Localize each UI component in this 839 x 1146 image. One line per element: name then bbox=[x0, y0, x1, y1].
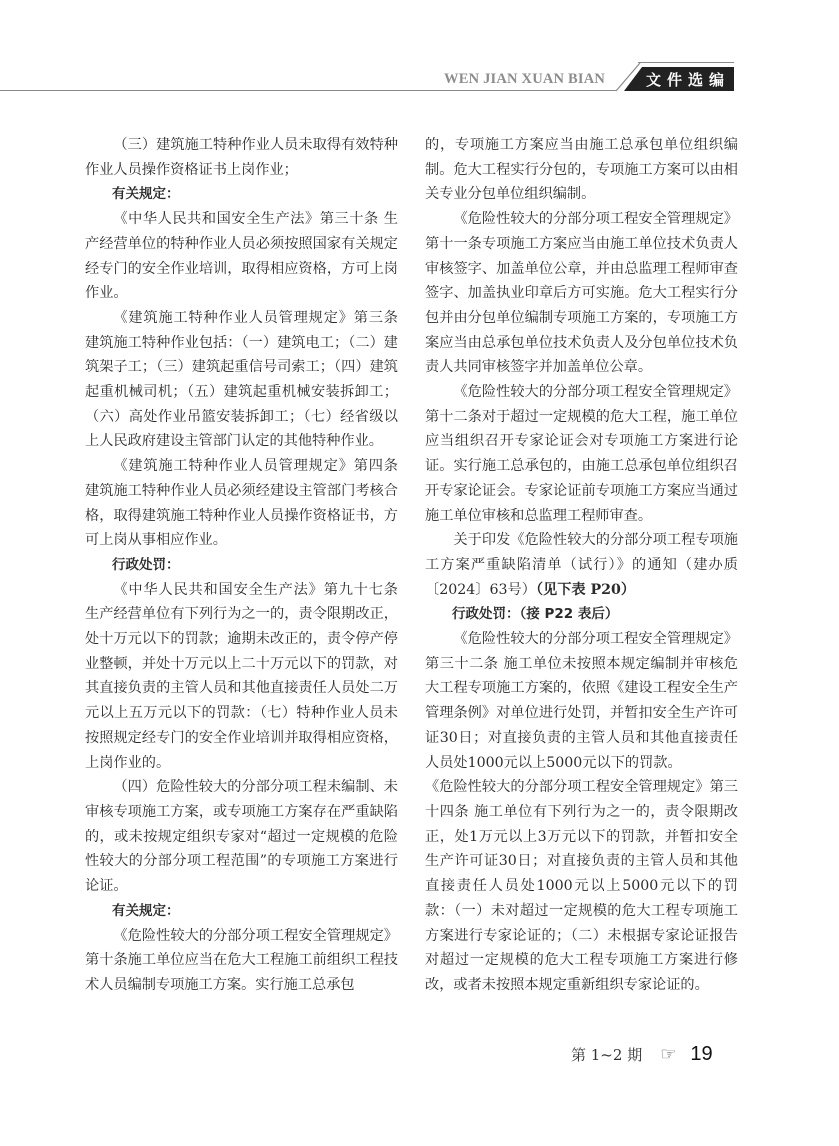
subheading-related-rules: 有关规定： bbox=[85, 899, 398, 924]
paragraph: （四）危险性较大的分部分项工程未编制、未审核专项施工方案，或专项施工方案存在严重… bbox=[85, 775, 398, 899]
subheading-penalty: 行政处罚： bbox=[85, 553, 398, 578]
paragraph-notice: 关于印发《危险性较大的分部分项工程专项施工方案严重缺陷清单（试行）》的通知（建办… bbox=[425, 528, 738, 602]
paragraph: 《危险性较大的分部分项工程安全管理规定》第三十二条 施工单位未按照本规定编制并审… bbox=[425, 627, 738, 775]
subheading-penalty: 行政处罚：（接 P22 表后） bbox=[425, 602, 738, 627]
continued-note: （接 P22 表后） bbox=[520, 606, 619, 622]
paragraph: 的，专项施工方案应当由施工总承包单位组织编制。危大工程实行分包的，专项施工方案可… bbox=[425, 133, 738, 207]
header-tab-rule bbox=[638, 62, 734, 63]
page-footer: 第 1~2 期 ☞ 19 bbox=[571, 1043, 713, 1066]
paragraph: 《危险性较大的分部分项工程安全管理规定》第十一条专项施工方案应当由施工单位技术负… bbox=[425, 207, 738, 380]
page-number: 19 bbox=[690, 1043, 712, 1066]
subheading-related-rules: 有关规定： bbox=[85, 182, 398, 207]
section-title: 文件选编 bbox=[646, 69, 730, 90]
right-column: 的，专项施工方案应当由施工总承包单位组织编制。危大工程实行分包的，专项施工方案可… bbox=[425, 133, 738, 998]
header-rule bbox=[0, 90, 616, 91]
paragraph: 《建筑施工特种作业人员管理规定》第三条 建筑施工特种作业包括：（一）建筑电工；（… bbox=[85, 306, 398, 454]
issue-label: 第 1~2 期 bbox=[571, 1044, 642, 1065]
paragraph: （三）建筑施工特种作业人员未取得有效特种作业人员操作资格证书上岗作业； bbox=[85, 133, 398, 182]
paragraph: 《中华人民共和国安全生产法》第三十条 生产经营单位的特种作业人员必须按照国家有关… bbox=[85, 207, 398, 306]
subheading-penalty-label: 行政处罚： bbox=[452, 606, 520, 622]
see-table-note: （见下表 P20） bbox=[536, 582, 635, 598]
left-column: （三）建筑施工特种作业人员未取得有效特种作业人员操作资格证书上岗作业； 有关规定… bbox=[85, 133, 398, 998]
section-title-pinyin: WEN JIAN XUAN BIAN bbox=[444, 71, 605, 88]
pointing-hand-icon: ☞ bbox=[660, 1044, 676, 1065]
paragraph: 《危险性较大的分部分项工程安全管理规定》第十二条对于超过一定规模的危大工程，施工… bbox=[425, 380, 738, 528]
paragraph: 《建筑施工特种作业人员管理规定》第四条 建筑施工特种作业人员必须经建设主管部门考… bbox=[85, 454, 398, 553]
paragraph: 《中华人民共和国安全生产法》第九十七条 生产经营单位有下列行为之一的，责令限期改… bbox=[85, 578, 398, 776]
paragraph: 《危险性较大的分部分项工程安全管理规定》第十条施工单位应当在危大工程施工前组织工… bbox=[85, 924, 398, 998]
paragraph: 《危险性较大的分部分项工程安全管理规定》第三十四条 施工单位有下列行为之一的，责… bbox=[425, 775, 738, 997]
